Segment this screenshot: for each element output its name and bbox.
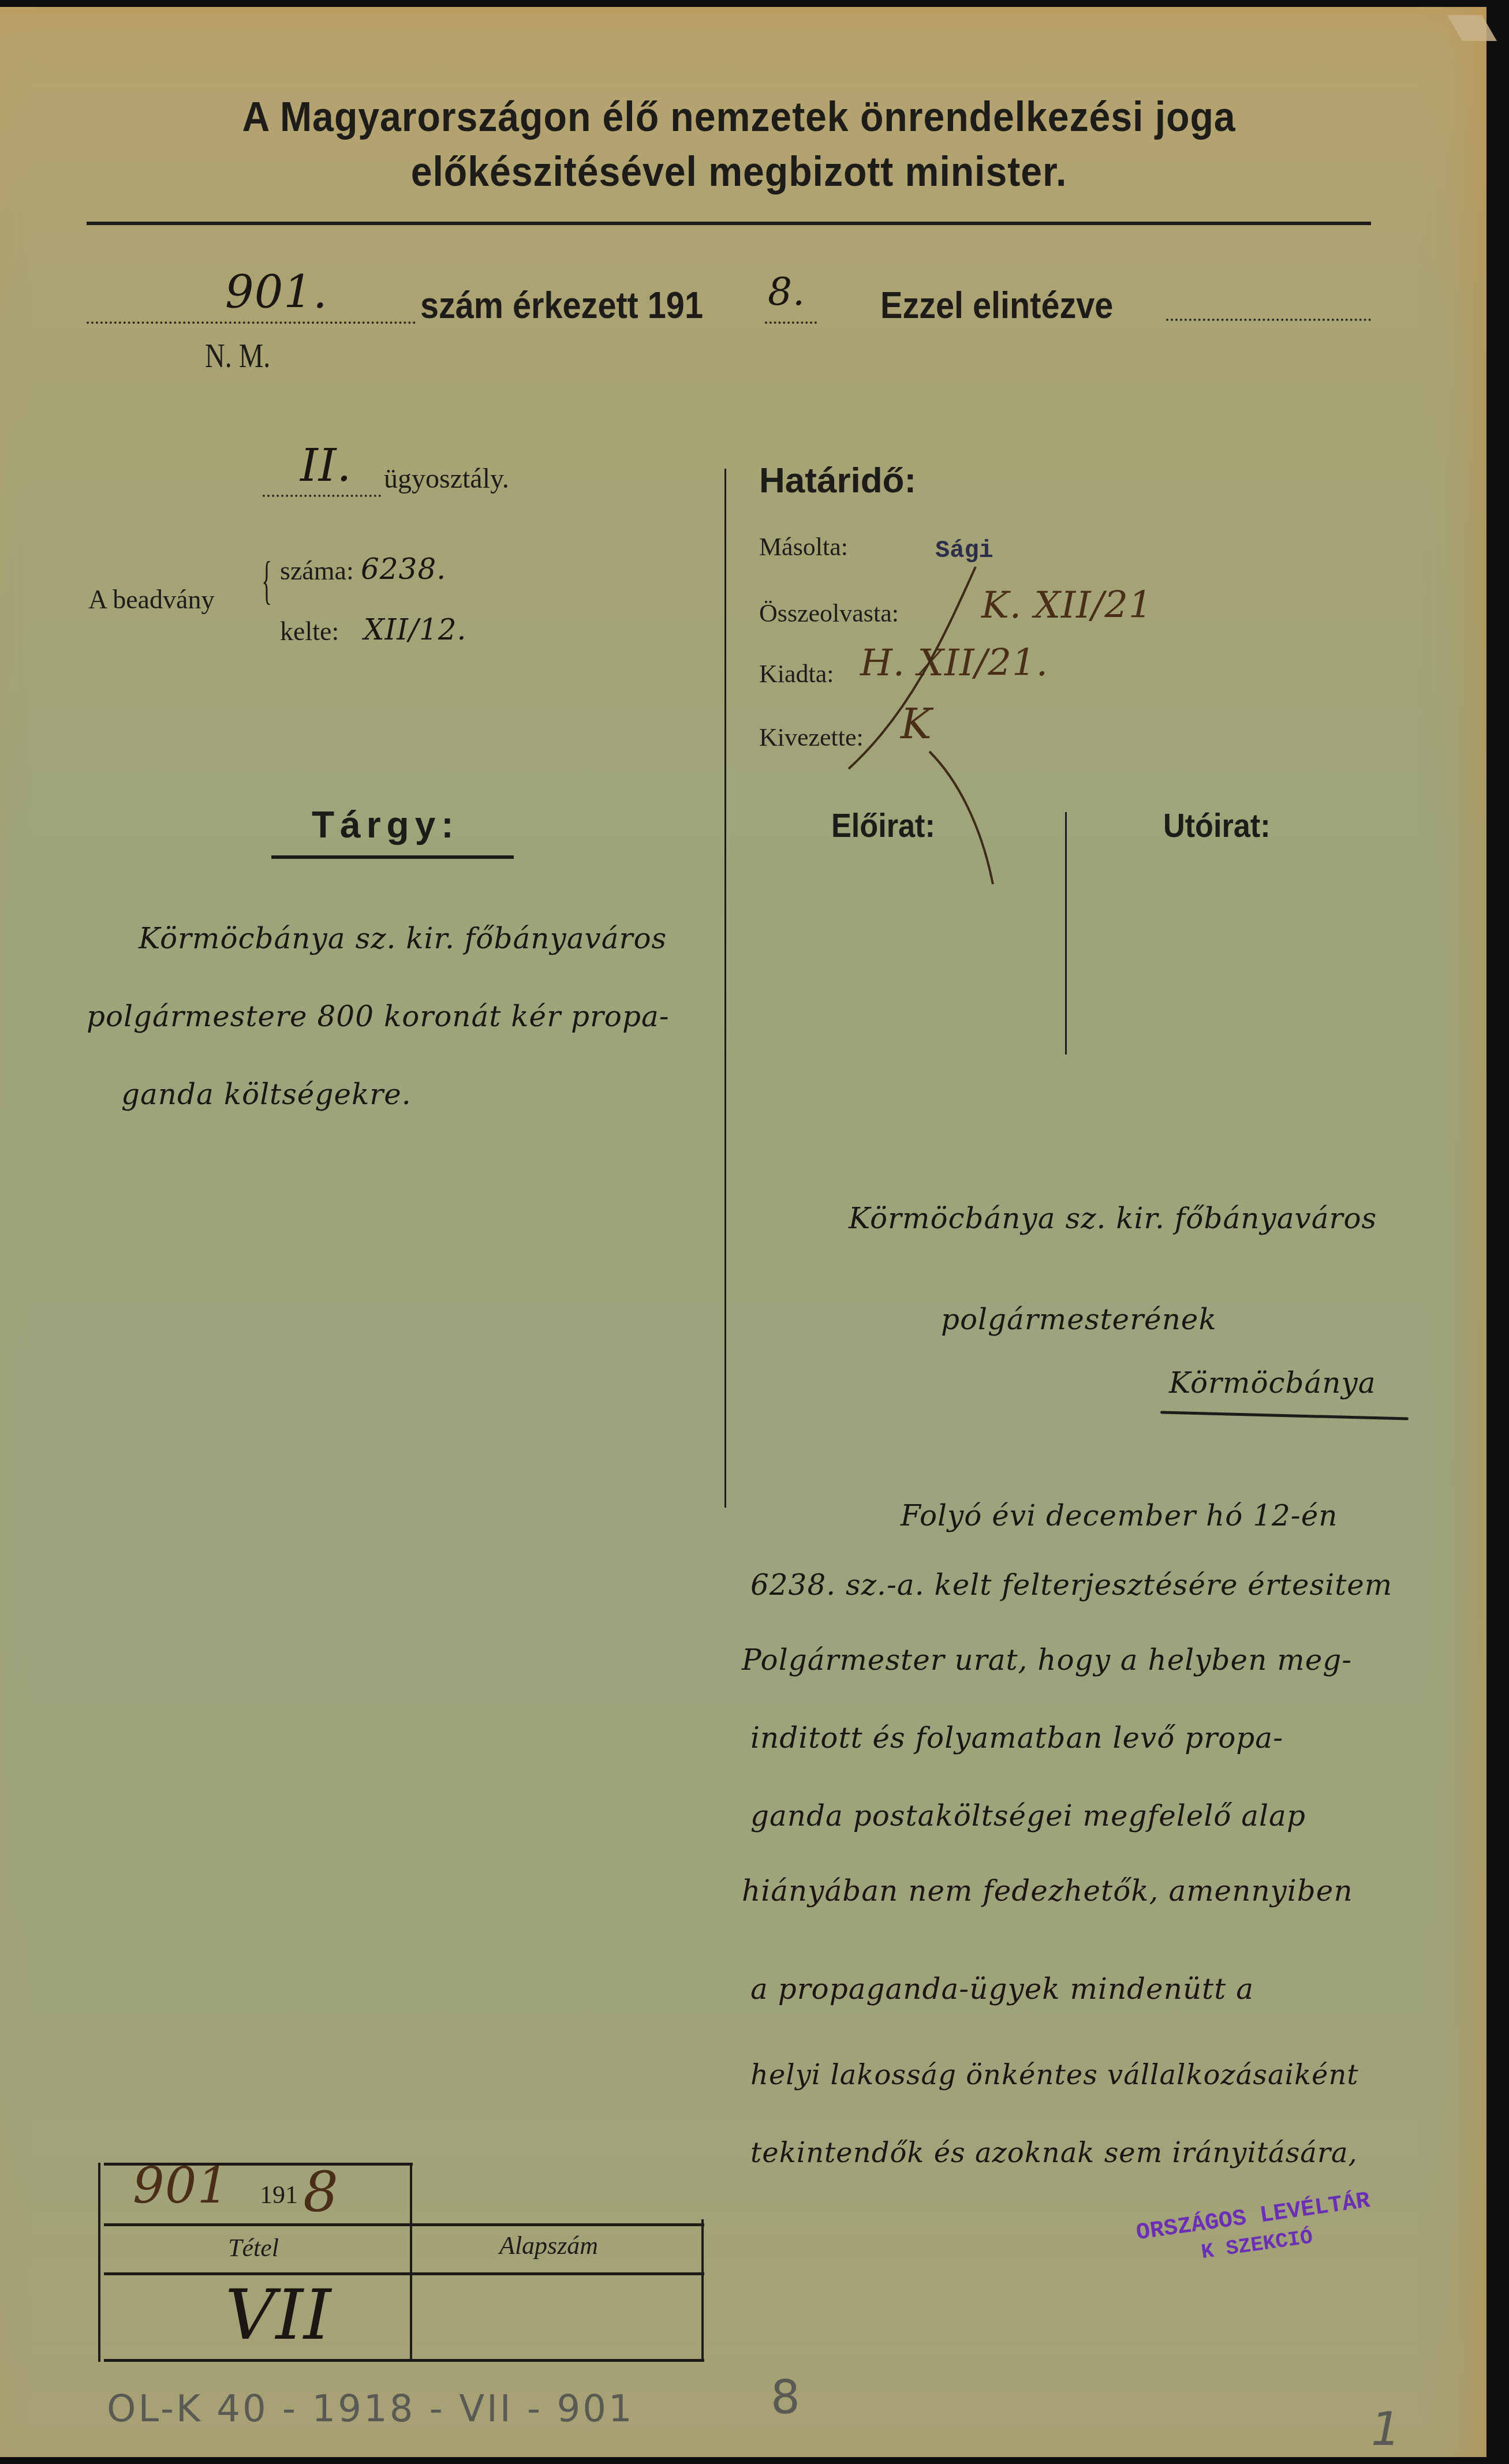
office-code: N. M.	[205, 336, 270, 376]
letter-line-3: Polgármester urat, hogy a helyben meg-	[742, 1643, 1352, 1677]
post-file-heading: Utóirat:	[1163, 806, 1271, 845]
base-number-value	[445, 2284, 675, 2342]
subject-heading: Tárgy:	[312, 803, 460, 846]
item-label: Tétel	[228, 2233, 279, 2263]
pre-file-heading: Előirat:	[831, 806, 935, 845]
document-title-line1: A Magyarországon élő nemzetek önrendelke…	[139, 94, 1339, 141]
registry-year-suffix: 8.	[768, 270, 805, 314]
center-divider	[724, 469, 726, 1508]
submission-brace: {	[262, 549, 272, 611]
subject-line-3: ganda költségekre.	[121, 1078, 412, 1111]
base-number-label: Alapszám	[499, 2231, 598, 2260]
settled-label: Ezzel elintézve	[880, 284, 1113, 327]
address-underline	[1160, 1411, 1409, 1420]
year-line	[765, 321, 817, 324]
submission-label: A beadvány	[88, 584, 214, 615]
letter-line-4: inditott és folyamatban levő propa-	[750, 1721, 1283, 1755]
copied-by-value: Sági	[935, 537, 993, 564]
filing-year-suffix: 8	[303, 2160, 339, 2224]
department-line	[263, 495, 381, 497]
filing-box: 901 191 8 Tétel Alapszám VII	[98, 2163, 704, 2365]
address-line-1: Körmöcbánya sz. kir. főbányaváros	[849, 1202, 1377, 1235]
settled-line	[1166, 319, 1371, 321]
document-title-line2: előkészitésével megbizott minister.	[139, 148, 1339, 196]
submission-number-label: száma:	[280, 555, 354, 586]
page-mark: 8	[771, 2370, 800, 2424]
item-value: VII	[225, 2275, 331, 2355]
letter-line-2: 6238. sz.-a. kelt felterjesztésére értes…	[750, 1568, 1392, 1602]
letter-line-5: ganda postaköltségei megfelelő alap	[750, 1799, 1306, 1833]
registry-number-line	[87, 321, 416, 324]
letter-line-1: Folyó évi december hó 12-én	[901, 1499, 1338, 1532]
department-number: II.	[300, 440, 352, 492]
letter-line-9: tekintendők és azoknak sem irányitására,	[750, 2137, 1358, 2169]
issued-label: Kiadta:	[759, 659, 834, 689]
letter-line-7: a propaganda-ügyek mindenütt a	[750, 1972, 1254, 2006]
department-label: ügyosztály.	[384, 463, 509, 495]
title-divider	[87, 222, 1371, 225]
deadline-heading: Határidő:	[759, 460, 916, 501]
folio-number: 1	[1371, 2402, 1400, 2456]
columns-divider	[1065, 812, 1067, 1055]
registry-number-label: szám érkezett 191	[420, 284, 703, 327]
subject-line-2: polgármestere 800 koronát kér propa-	[87, 1000, 670, 1033]
copied-by-label: Másolta:	[759, 532, 848, 562]
subject-underline	[271, 855, 514, 859]
archive-reference: OL-K 40 - 1918 - VII - 901	[107, 2388, 634, 2431]
letter-line-6: hiányában nem fedezhetők, amennyiben	[742, 1874, 1353, 1908]
submission-number: 6238.	[361, 552, 446, 586]
registry-number: 901.	[225, 267, 328, 319]
letter-line-8: helyi lakosság önkéntes vállalkozásaikén…	[750, 2059, 1359, 2091]
filing-number: 901	[133, 2157, 229, 2215]
archive-stamp: ORSZÁGOS LEVÉLTÁR K SZEKCIÓ	[1134, 2187, 1375, 2274]
submission-date: XII/12.	[364, 613, 466, 646]
address-line-2: polgármesterének	[941, 1303, 1217, 1336]
submission-date-label: kelte:	[280, 616, 339, 646]
folded-corner	[1447, 15, 1497, 41]
subject-line-1: Körmöcbánya sz. kir. főbányaváros	[139, 922, 667, 955]
address-line-3: Körmöcbánya	[1169, 1366, 1376, 1400]
document-page: A Magyarországon élő nemzetek önrendelke…	[0, 7, 1486, 2457]
filing-year-prefix: 191	[260, 2180, 298, 2209]
